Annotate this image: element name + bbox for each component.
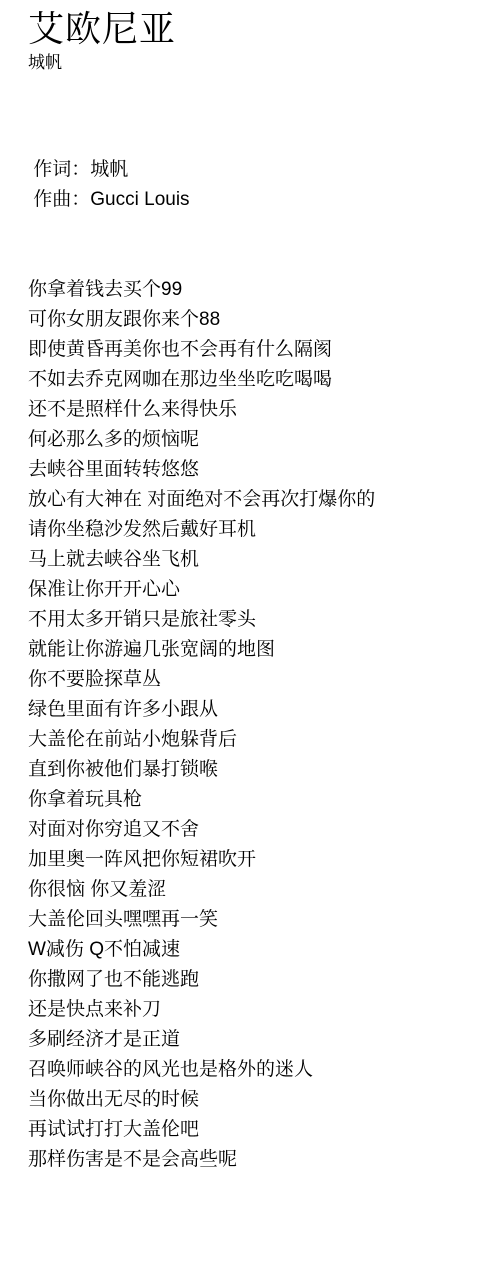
lyric-line: 不如去乔克网咖在那边坐坐吃吃喝喝: [28, 365, 480, 395]
lyric-line: 直到你被他们暴打锁喉: [28, 755, 480, 785]
lyric-line: 就能让你游遍几张宽阔的地图: [28, 635, 480, 665]
lyric-line: 你拿着玩具枪: [28, 785, 480, 815]
lyrics-block: 作词：城帆 作曲：Gucci Louis 你拿着钱去买个99可你女朋友跟你来个8…: [28, 95, 480, 1235]
lyric-lines-section: 你拿着钱去买个99可你女朋友跟你来个88即使黄昏再美你也不会再有什么隔阂不如去乔…: [28, 275, 480, 1175]
lyric-line: 即使黄昏再美你也不会再有什么隔阂: [28, 335, 480, 365]
lyric-line: 你拿着钱去买个99: [28, 275, 480, 305]
lyric-line: 大盖伦回头嘿嘿再一笑: [28, 905, 480, 935]
lyric-line: 请你坐稳沙发然后戴好耳机: [28, 515, 480, 545]
lyric-line: 你不要脸探草丛: [28, 665, 480, 695]
lyric-line: 还不是照样什么来得快乐: [28, 395, 480, 425]
lyric-line: 那样伤害是不是会高些呢: [28, 1145, 480, 1175]
lyric-line: 何必那么多的烦恼呢: [28, 425, 480, 455]
lyric-line: 召唤师峡谷的风光也是格外的迷人: [28, 1055, 480, 1085]
lyric-line: 大盖伦在前站小炮躲背后: [28, 725, 480, 755]
lyric-line: 还是快点来补刀: [28, 995, 480, 1025]
lyric-line: 你很恼 你又羞涩: [28, 875, 480, 905]
lyrics-page: 艾欧尼亚 城帆 作词：城帆 作曲：Gucci Louis 你拿着钱去买个99可你…: [0, 0, 500, 1275]
lyric-line: 对面对你穷追又不舍: [28, 815, 480, 845]
lyric-line: 当你做出无尽的时候: [28, 1085, 480, 1115]
lyric-line: 不用太多开销只是旅社零头: [28, 605, 480, 635]
lyric-line: 绿色里面有许多小跟从: [28, 695, 480, 725]
lyric-line: 再试试打打大盖伦吧: [28, 1115, 480, 1145]
artist-name: 城帆: [28, 52, 480, 74]
lyric-line: 多刷经济才是正道: [28, 1025, 480, 1055]
lyric-line: 马上就去峡谷坐飞机: [28, 545, 480, 575]
lyric-line: 加里奥一阵风把你短裙吹开: [28, 845, 480, 875]
lyric-line: 去峡谷里面转转悠悠: [28, 455, 480, 485]
lyric-line: 你撒网了也不能逃跑: [28, 965, 480, 995]
song-title: 艾欧尼亚: [28, 8, 480, 49]
lyric-line: W减伤 Q不怕减速: [28, 935, 480, 965]
lyric-line: 可你女朋友跟你来个88: [28, 305, 480, 335]
lyric-line: 放心有大神在 对面绝对不会再次打爆你的: [28, 485, 480, 515]
credit-line: 作词：城帆: [28, 155, 480, 185]
credit-line: 作曲：Gucci Louis: [28, 185, 480, 215]
lyric-line: 保准让你开开心心: [28, 575, 480, 605]
credits-section: 作词：城帆 作曲：Gucci Louis: [28, 155, 480, 215]
